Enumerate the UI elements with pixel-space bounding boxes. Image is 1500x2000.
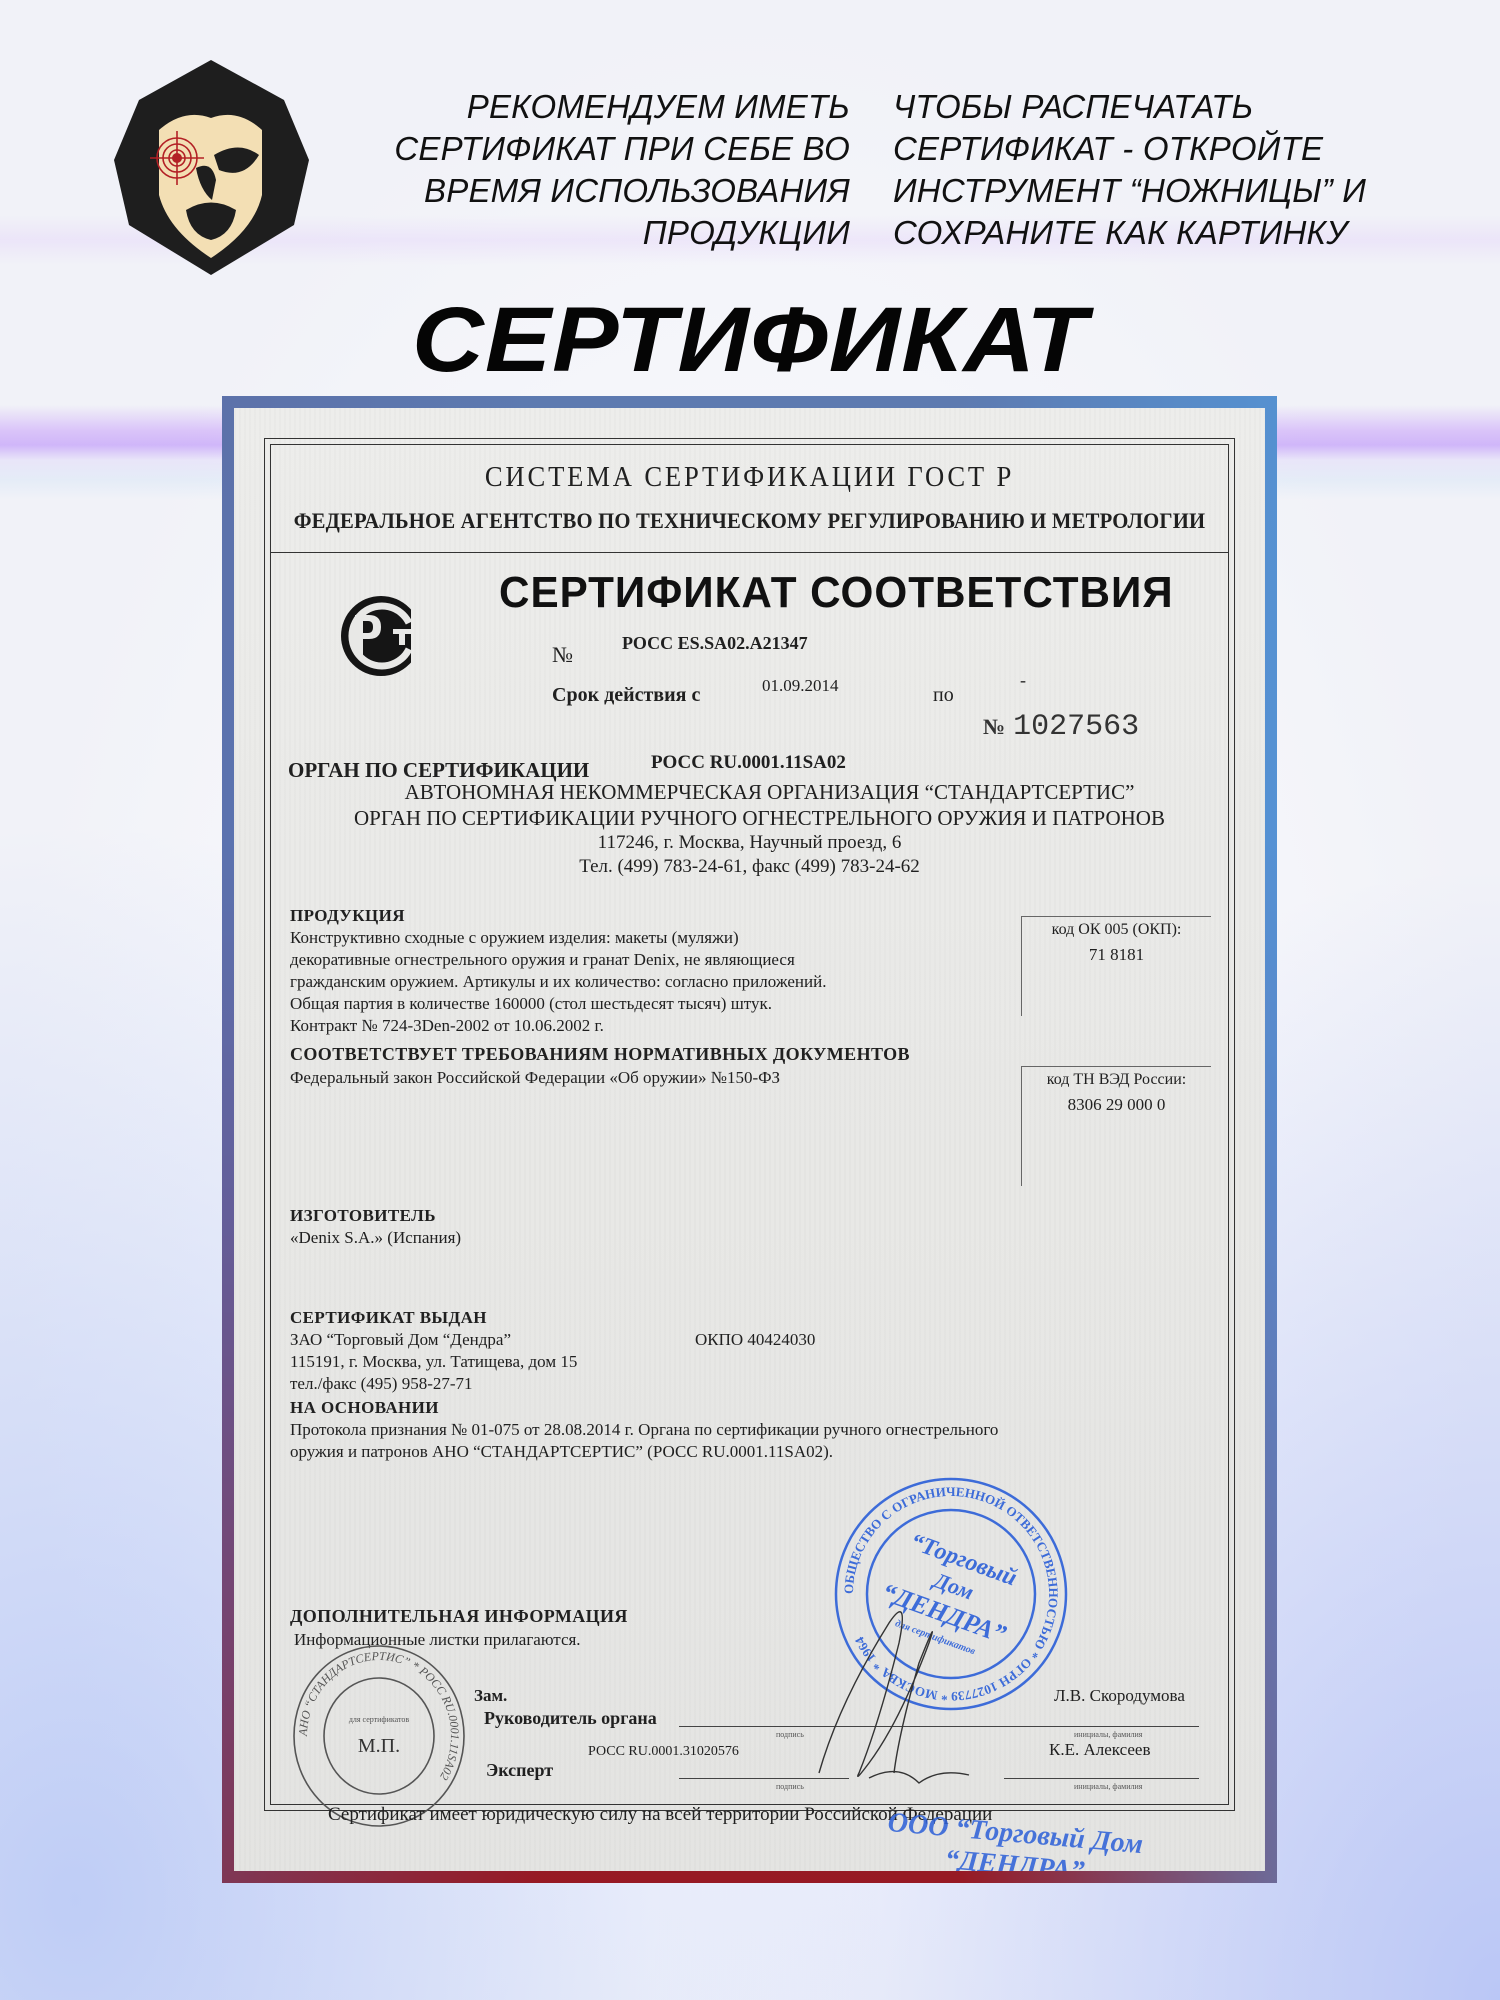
note-right-line: ЧТОБЫ РАСПЕЧАТАТЬ [893, 86, 1453, 128]
valid-to-date: - [1020, 670, 1026, 691]
conforms-text: Федеральный закон Российской Федерации «… [290, 1068, 780, 1088]
product-line: Общая партия в количестве 160000 (стол ш… [290, 994, 772, 1014]
tnved-value: 8306 29 000 0 [1022, 1095, 1211, 1115]
header-divider [270, 552, 1229, 553]
product-line: декоративные огнестрельного оружия и гра… [290, 950, 795, 970]
valid-to-label: по [933, 684, 954, 707]
basis-line: оружия и патронов АНО “СТАНДАРТСЕРТИС” (… [290, 1442, 833, 1462]
manufacturer-name: «Denix S.A.» (Испания) [290, 1228, 461, 1248]
basis-line: Протокола признания № 01-075 от 28.08.20… [290, 1420, 998, 1440]
note-right-line: СОХРАНИТЕ КАК КАРТИНКУ [893, 212, 1453, 254]
product-label: ПРОДУКЦИЯ [290, 906, 405, 926]
svg-text:М.П.: М.П. [358, 1735, 400, 1757]
name-caption: инициалы, фамилия [1074, 1730, 1142, 1739]
note-left-line: РЕКОМЕНДУЕМ ИМЕТЬ [330, 86, 850, 128]
name-caption: инициалы, фамилия [1074, 1782, 1142, 1791]
manufacturer-label: ИЗГОТОВИТЕЛЬ [290, 1206, 436, 1226]
note-left-line: СЕРТИФИКАТ ПРИ СЕБЕ ВО [330, 128, 850, 170]
okpo-code: ОКПО 40424030 [695, 1330, 815, 1350]
certification-system: СИСТЕМА СЕРТИФИКАЦИИ ГОСТ Р [260, 462, 1239, 494]
deputy-label: Зам. [474, 1686, 507, 1706]
product-line: гражданским оружием. Артикулы и их колич… [290, 972, 826, 992]
issued-to-line: ЗАО “Торговый Дом “Дендра” [290, 1330, 511, 1350]
issued-to-line: тел./факс (495) 958-27-71 [290, 1374, 473, 1394]
tnved-label: код ТН ВЭД России: [1022, 1071, 1211, 1089]
head-label: Руководитель органа [484, 1708, 657, 1729]
okp-code-box: код ОК 005 (ОКП): 71 8181 [1021, 916, 1211, 1016]
lion-target-logo-icon [104, 60, 319, 275]
expert-label: Эксперт [486, 1760, 553, 1781]
head-name: Л.В. Скородумова [1054, 1686, 1185, 1706]
issued-to-label: СЕРТИФИКАТ ВЫДАН [290, 1308, 487, 1328]
issued-to-line: 115191, г. Москва, ул. Татищева, дом 15 [290, 1352, 577, 1372]
organ-line: ОРГАН ПО СЕРТИФИКАЦИИ РУЧНОГО ОГНЕСТРЕЛЬ… [234, 806, 1265, 831]
valid-from-date: 01.09.2014 [762, 676, 839, 696]
additional-info-label: ДОПОЛНИТЕЛЬНАЯ ИНФОРМАЦИЯ [290, 1606, 628, 1627]
expert-code: РОСС RU.0001.31020576 [588, 1744, 739, 1760]
svg-text:для сертификатов: для сертификатов [349, 1715, 410, 1724]
number-label: № [552, 642, 573, 668]
rst-mark-icon [341, 593, 411, 679]
note-right-line: СЕРТИФИКАТ - ОТКРОЙТЕ [893, 128, 1453, 170]
organ-phone: Тел. (499) 783-24-61, факс (499) 783-24-… [234, 856, 1265, 878]
certificate-frame: СИСТЕМА СЕРТИФИКАЦИИ ГОСТ Р ФЕДЕРАЛЬНОЕ … [222, 396, 1277, 1883]
okp-label: код ОК 005 (ОКП): [1022, 921, 1211, 939]
product-line: Конструктивно сходные с оружием изделия:… [290, 928, 739, 948]
serial-label: № [983, 714, 1005, 739]
expert-name: К.Е. Алексеев [1049, 1740, 1151, 1760]
handwritten-signature-icon [799, 1583, 999, 1803]
tnved-code-box: код ТН ВЭД России: 8306 29 000 0 [1021, 1066, 1211, 1186]
basis-label: НА ОСНОВАНИИ [290, 1398, 439, 1418]
keep-certificate-note: РЕКОМЕНДУЕМ ИМЕТЬ СЕРТИФИКАТ ПРИ СЕБЕ ВО… [330, 86, 850, 254]
conforms-label: СООТВЕТСТВУЕТ ТРЕБОВАНИЯМ НОРМАТИВНЫХ ДО… [290, 1044, 910, 1065]
expert-name-line [1004, 1778, 1199, 1779]
certificate-number: РОСС ES.SA02.A21347 [622, 633, 808, 654]
note-right-line: ИНСТРУМЕНТ “НОЖНИЦЫ” И [893, 170, 1453, 212]
note-left-line: ВРЕМЯ ИСПОЛЬЗОВАНИЯ [330, 170, 850, 212]
certificate-scan: СИСТЕМА СЕРТИФИКАЦИИ ГОСТ Р ФЕДЕРАЛЬНОЕ … [234, 408, 1265, 1871]
company-text-stamp: ООО “Торговый Дом “ДЕНДРА” [884, 1807, 1144, 1871]
organ-line: АВТОНОМНАЯ НЕКОММЕРЧЕСКАЯ ОРГАНИЗАЦИЯ “С… [234, 780, 1265, 805]
organ-round-stamp-icon: АНО “СТАНДАРТСЕРТИС” * РОСС RU.0001.11SA… [292, 1644, 467, 1829]
page-title: СЕРТИФИКАТ [0, 288, 1500, 393]
serial-value: 1027563 [1013, 710, 1139, 744]
product-line: Контракт № 724-3Den-2002 от 10.06.2002 г… [290, 1016, 604, 1036]
note-left-line: ПРОДУКЦИИ [330, 212, 850, 254]
okp-value: 71 8181 [1022, 945, 1211, 965]
organ-address: 117246, г. Москва, Научный проезд, 6 [234, 832, 1265, 854]
organ-code: РОСС RU.0001.11SA02 [651, 752, 846, 774]
validity-label: Срок действия с [552, 684, 700, 707]
print-instructions-note: ЧТОБЫ РАСПЕЧАТАТЬ СЕРТИФИКАТ - ОТКРОЙТЕ … [893, 86, 1453, 254]
agency-name: ФЕДЕРАЛЬНОЕ АГЕНТСТВО ПО ТЕХНИЧЕСКОМУ РЕ… [265, 508, 1234, 534]
certificate-title: СЕРТИФИКАТ СООТВЕТСТВИЯ [499, 568, 1174, 618]
form-serial-number: №1027563 [983, 710, 1139, 744]
